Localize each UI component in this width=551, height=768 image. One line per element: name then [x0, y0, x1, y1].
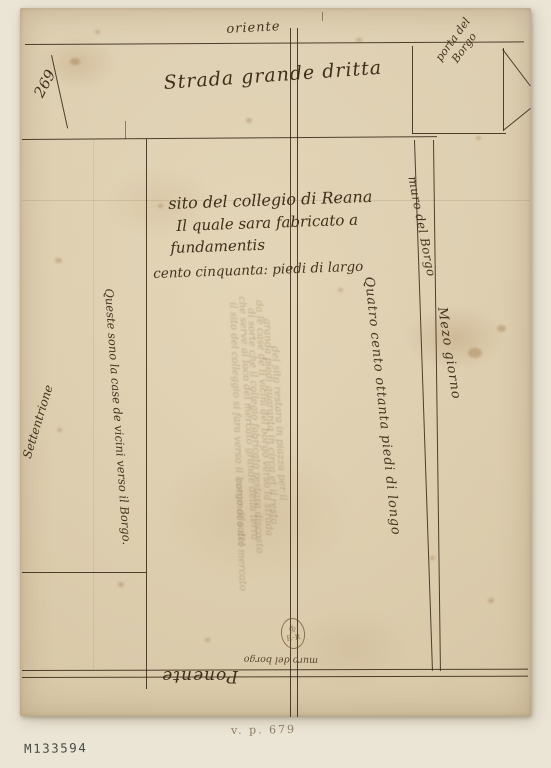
borgo-wall-label-bottom: muro del borgo	[244, 654, 318, 666]
stain-spot	[55, 258, 62, 263]
ink-line-gate-bottom	[412, 133, 506, 134]
ink-line-gate-right	[503, 48, 504, 131]
stain-spot	[158, 204, 163, 208]
stain-spot	[497, 325, 506, 332]
stain-spot	[430, 556, 435, 560]
plan-title-line3: fundamentis	[170, 236, 265, 257]
stain-spot	[118, 582, 124, 587]
ink-tick	[125, 121, 126, 139]
pencil-reference: v. p. 679	[231, 723, 296, 737]
ink-line-gate-left	[412, 46, 413, 134]
stain-spot	[476, 136, 481, 140]
stain-spot	[246, 118, 252, 123]
stamp-monogram: R·R	[286, 633, 301, 642]
ink-line-center-axis-left	[290, 28, 291, 717]
ink-line-left-cross	[22, 572, 146, 573]
stain-spot	[488, 598, 494, 603]
stain-spot	[57, 428, 62, 432]
ink-tick	[322, 12, 323, 21]
ink-line-center-axis-right	[297, 28, 298, 717]
scanned-manuscript-page: il sito del colleggio si fara verso il b…	[0, 0, 551, 768]
stain-spot	[70, 58, 80, 65]
stain-spot	[338, 288, 343, 292]
accession-number-stamp: M133594	[24, 740, 87, 756]
stain-spot	[95, 30, 100, 34]
stain-spot	[205, 638, 210, 642]
orientation-label-west: Ponente	[161, 666, 238, 686]
orientation-label-east: oriente	[226, 19, 281, 37]
fold-crease	[93, 140, 94, 670]
stain-spot	[468, 348, 482, 358]
ink-line-left-parcel	[146, 139, 147, 689]
